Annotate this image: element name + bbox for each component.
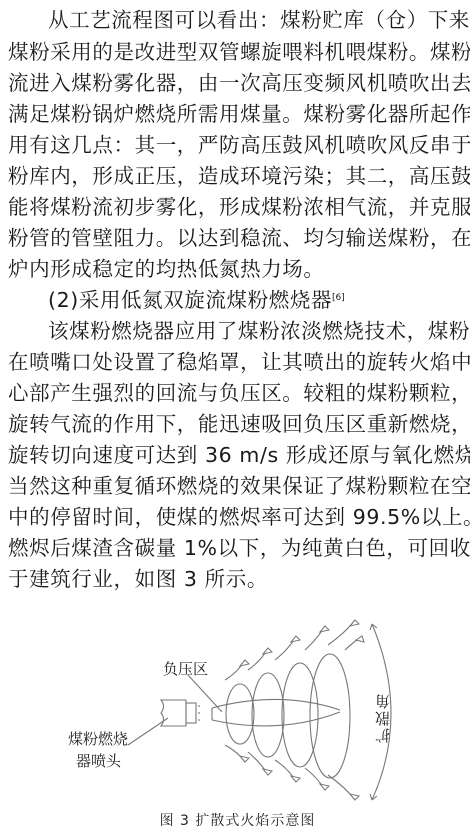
section-heading-2: (2)采用低氮双旋流煤粉燃烧器[6] — [48, 286, 470, 316]
paragraph1-line-8: 粉管的管壁阻力。以达到稳流、均匀输送煤粉，在锅 — [8, 224, 470, 254]
paragraph2-line-5: 旋转切向速度可达到 36 m/s 形成还原与氧化燃烧。 — [8, 441, 470, 471]
paragraph2-line-8: 燃烬后煤渣含碳量 1%以下，为纯黄白色，可回收用 — [8, 534, 470, 564]
paragraph1-line-5: 用有这几点：其一，严防高压鼓风机喷吹风反串于煤 — [8, 131, 470, 161]
paragraph1-line-4: 满足煤粉锅炉燃烧所需用煤量。煤粉雾化器所起作 — [8, 100, 470, 130]
paragraph2-line-9: 于建筑行业，如图 3 所示。 — [8, 565, 470, 595]
label-burner-nozzle-line2: 器喷头 — [76, 750, 121, 771]
paragraph2-line-3: 心部产生强烈的回流与负压区。较粗的煤粉颗粒，在 — [8, 379, 470, 409]
label-negative-pressure-zone: 负压区 — [163, 658, 208, 679]
citation-ref: [6] — [332, 293, 345, 303]
paragraph2-line-6: 当然这种重复循环燃烧的效果保证了煤粉颗粒在空 — [8, 472, 470, 502]
label-diffusion-angle: 扩散角 — [372, 692, 393, 743]
flame-diagram-graphic — [0, 600, 475, 834]
paragraph2-line-4: 旋转气流的作用下，能迅速吸回负压区重新燃烧，其 — [8, 410, 470, 440]
paragraph1-line-2: 煤粉采用的是改进型双管螺旋喂料机喂煤粉。煤粉 — [8, 38, 470, 68]
paragraph1-line-9: 炉内形成稳定的均热低氮热力场。 — [8, 255, 470, 285]
paragraph1-line-1: 从工艺流程图可以看出：煤粉贮库（仓）下来的 — [48, 6, 470, 36]
paragraph1-line-6: 粉库内，形成正压，造成环境污染；其二，高压鼓风机 — [8, 162, 470, 192]
section-heading-text: (2)采用低氮双旋流煤粉燃烧器 — [48, 288, 332, 312]
paragraph1-line-7: 能将煤粉流初步雾化，形成煤粉浓相气流，并克服煤 — [8, 193, 470, 223]
figure-caption: 图 3 扩散式火焰示意图 — [0, 810, 475, 830]
paragraph2-line-1: 该煤粉燃烧器应用了煤粉浓淡燃烧技术，煤粉 — [48, 317, 470, 347]
paragraph1-line-3: 流进入煤粉雾化器，由一次高压变频风机喷吹出去， — [8, 69, 470, 99]
paragraph2-line-2: 在喷嘴口处设置了稳焰罩，让其喷出的旋转火焰中 — [8, 348, 470, 378]
figure-3-diffusion-flame: 负压区 煤粉燃烧 器喷头 扩散角 — [0, 600, 475, 834]
label-burner-nozzle-line1: 煤粉燃烧 — [68, 728, 128, 749]
paragraph2-line-7: 中的停留时间，使煤的燃烬率可达到 99.5%以上。其 — [8, 503, 470, 533]
